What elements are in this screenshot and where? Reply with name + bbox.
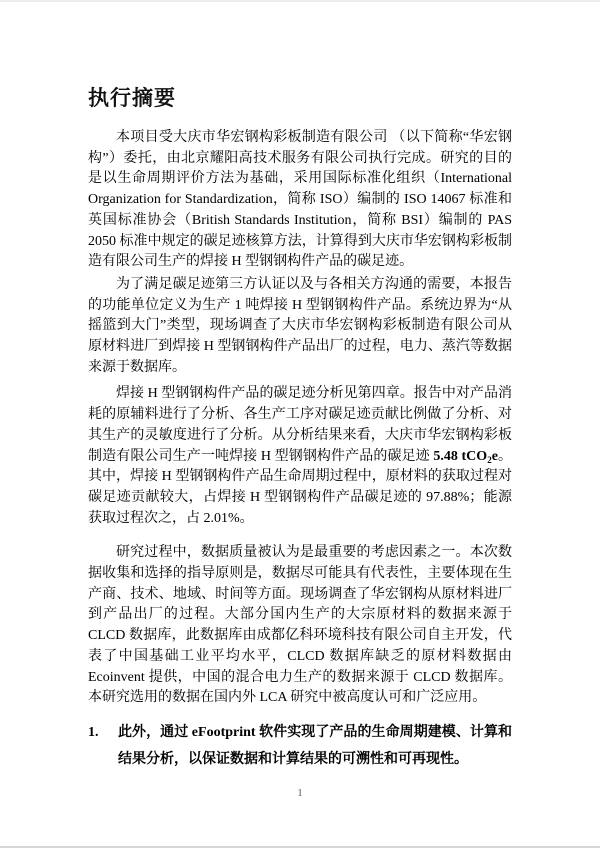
- value-main: 5.48 tCO: [433, 449, 487, 464]
- paragraph-carbon-footprint-result: 焊接 H 型钢钢构件产品的碳足迹分析见第四章。报告中对产品消耗的原辅料进行了分析…: [88, 384, 512, 529]
- list-item-number: 1.: [88, 719, 118, 773]
- document-page: 执行摘要 本项目受大庆市华宏钢构彩板制造有限公司 （以下简称“华宏钢构”）委托，…: [0, 0, 600, 848]
- list-item-text: 此外，通过 eFootprint 软件实现了产品的生命周期建模、计算和结果分析，…: [118, 719, 512, 773]
- paragraph-functional-unit: 为了满足碳足迹第三方认证以及与各相关方沟通的需要，本报告的功能单位定义为生产 1…: [88, 275, 512, 379]
- carbon-footprint-value: 5.48 tCO2e: [433, 449, 498, 464]
- paragraph-data-quality: 研究过程中，数据质量被认为是最重要的考虑因素之一。本次数据收集和选择的指导原则是…: [88, 543, 512, 709]
- paragraph-intro: 本项目受大庆市华宏钢构彩板制造有限公司 （以下简称“华宏钢构”）委托，由北京耀阳…: [88, 128, 512, 273]
- numbered-list-item: 1. 此外，通过 eFootprint 软件实现了产品的生命周期建模、计算和结果…: [88, 719, 512, 773]
- page-title: 执行摘要: [88, 82, 176, 112]
- document-body: 本项目受大庆市华宏钢构彩板制造有限公司 （以下简称“华宏钢构”）委托，由北京耀阳…: [88, 128, 512, 773]
- page-number: 1: [0, 787, 600, 799]
